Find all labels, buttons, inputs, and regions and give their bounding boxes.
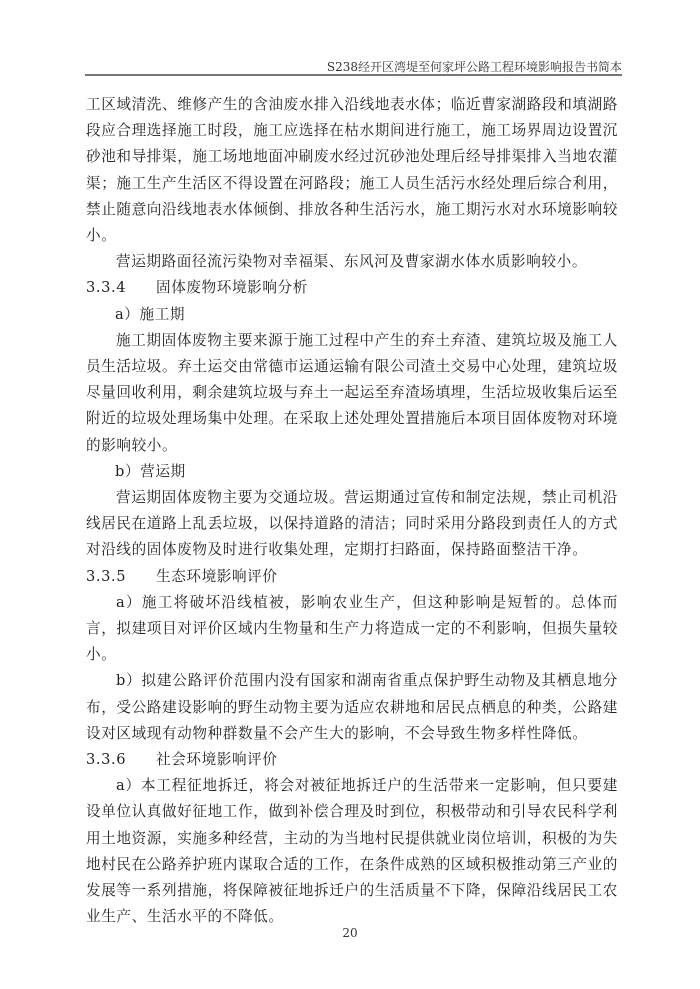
section-heading-3-3-6: 3.3.6 社会环境影响评价 bbox=[86, 747, 618, 773]
paragraph-ecology-b: b）拟建公路评价范围内没有国家和湖南省重点保护野生动物及其栖息地分布，受公路建设… bbox=[86, 668, 618, 747]
section-number: 3.3.6 bbox=[86, 747, 156, 773]
document-title: S238经开区湾堤至何家坪公路工程环境影响报告书简本 bbox=[327, 60, 622, 74]
paragraph-water-construction: 工区域清洗、维修产生的含油废水排入沿线地表水体；临近曹家湖路段和填湖路段应合理选… bbox=[86, 92, 618, 249]
section-title: 固体废物环境影响分析 bbox=[156, 275, 308, 301]
section-heading-3-3-5: 3.3.5 生态环境影响评价 bbox=[86, 564, 618, 590]
paragraph-solid-waste-construction: 施工期固体废物主要来源于施工过程中产生的弃土弃渣、建筑垃圾及施工人员生活垃圾。弃… bbox=[86, 328, 618, 459]
paragraph-solid-waste-operation: 营运期固体废物主要为交通垃圾。营运期通过宣传和制定法规，禁止司机沿线居民在道路上… bbox=[86, 485, 618, 564]
section-number: 3.3.5 bbox=[86, 564, 156, 590]
section-number: 3.3.4 bbox=[86, 275, 156, 301]
paragraph-social-a: a）本工程征地拆迁，将会对被征地拆迁户的生活带来一定影响，但只要建设单位认真做好… bbox=[86, 773, 618, 930]
section-title: 社会环境影响评价 bbox=[156, 747, 278, 773]
subheading-operation-period: b）营运期 bbox=[86, 459, 618, 485]
page-body: 工区域清洗、维修产生的含油废水排入沿线地表水体；临近曹家湖路段和填湖路段应合理选… bbox=[86, 92, 618, 931]
section-heading-3-3-4: 3.3.4 固体废物环境影响分析 bbox=[86, 275, 618, 301]
section-title: 生态环境影响评价 bbox=[156, 564, 278, 590]
paragraph-ecology-a: a）施工将破坏沿线植被，影响农业生产，但这种影响是短暂的。总体而言，拟建项目对评… bbox=[86, 590, 618, 669]
page-number: 20 bbox=[0, 926, 700, 940]
paragraph-water-operation: 营运期路面径流污染物对幸福渠、东风河及曹家湖水体水质影响较小。 bbox=[86, 249, 618, 275]
subheading-construction-period: a）施工期 bbox=[86, 302, 618, 328]
running-header: S238经开区湾堤至何家坪公路工程环境影响报告书简本 bbox=[85, 54, 622, 76]
